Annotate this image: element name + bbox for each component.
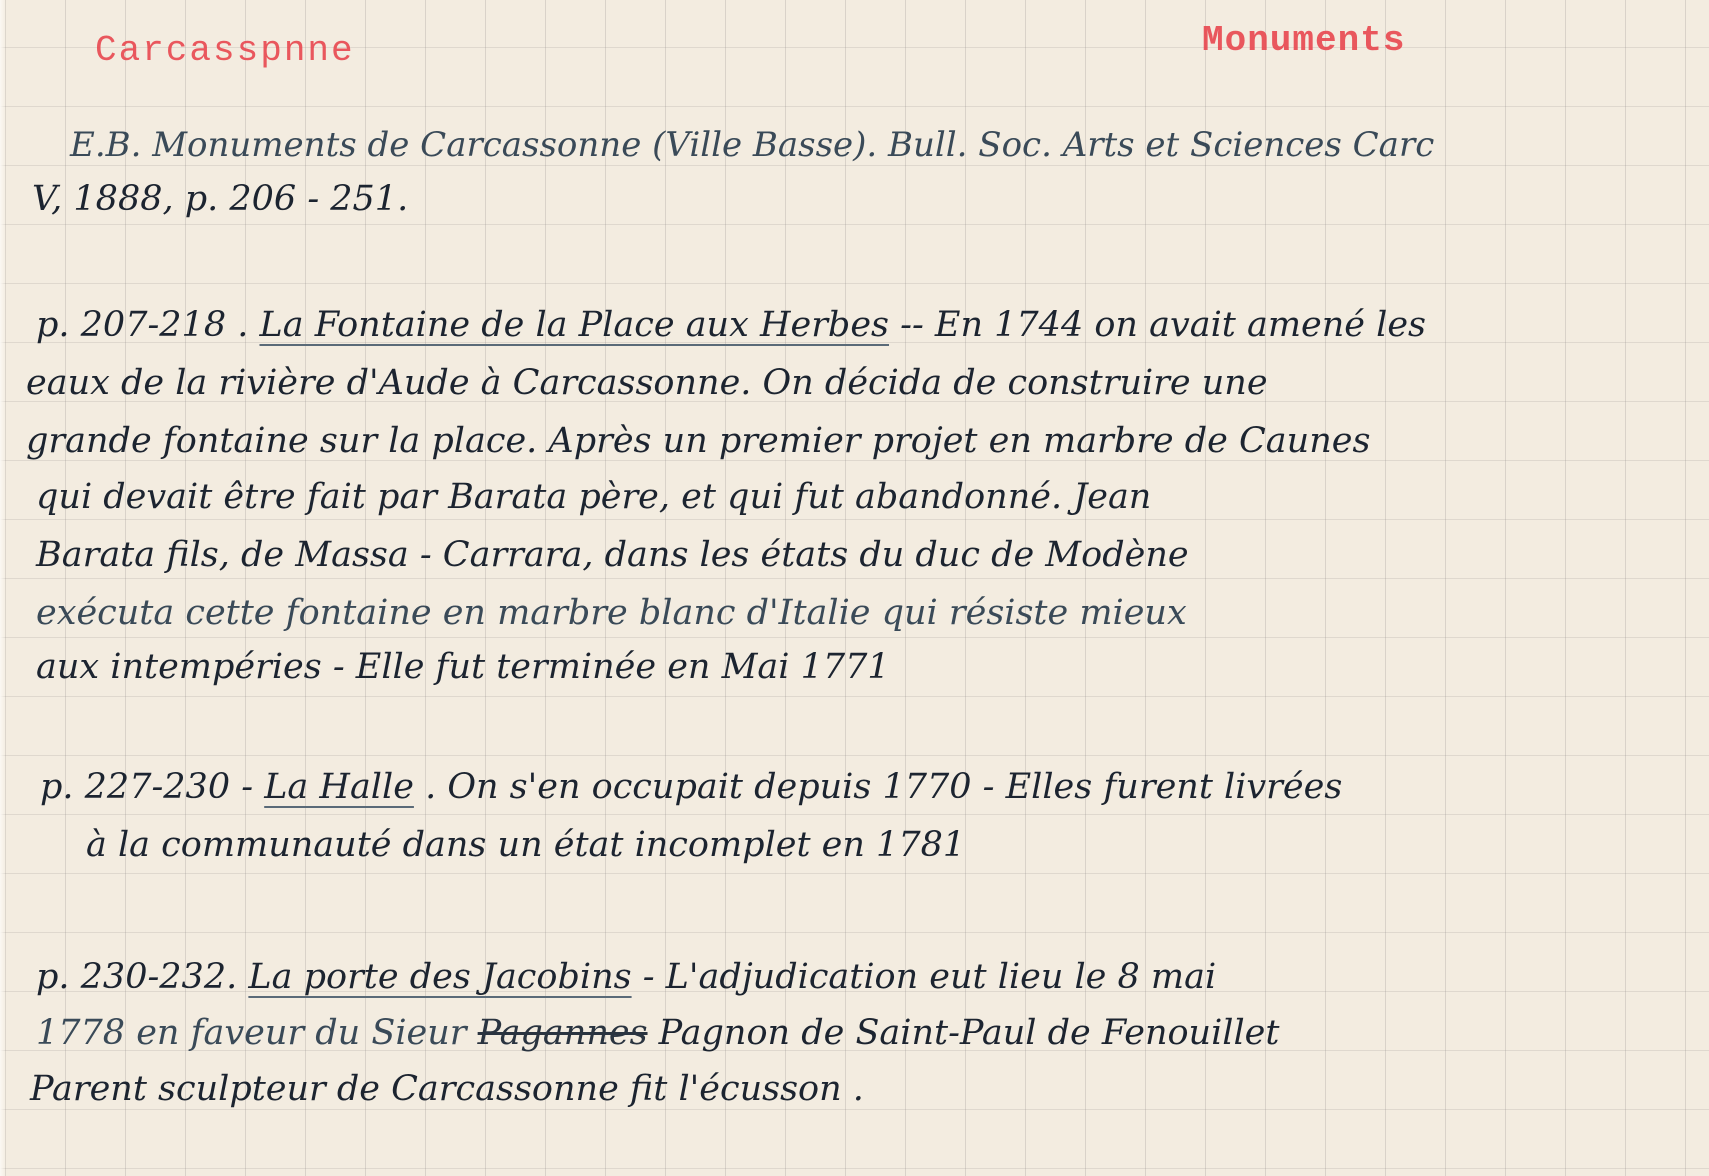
entry-title: La Fontaine de la Place aux Herbes [259, 305, 889, 345]
entry-text-line: exécuta cette fontaine en marbre blanc d… [36, 596, 1187, 631]
entry-text-line: qui devait être fait par Barata père, et… [36, 480, 1151, 515]
struck-out-word: Pagannes [478, 1013, 648, 1053]
entry-fontaine-heading: p. 207-218 . La Fontaine de la Place aux… [36, 308, 1426, 343]
entry-text-line: grande fontaine sur la place. Après un p… [26, 424, 1370, 459]
entry-text-line: aux intempéries - Elle fut terminée en M… [36, 650, 890, 685]
entry-text: -- En 1744 on avait amené les [900, 305, 1426, 345]
entry-text-line: Parent sculpteur de Carcassonne fit l'éc… [30, 1072, 864, 1107]
entry-text: Pagnon de Saint-Paul de Fenouillet [659, 1013, 1280, 1053]
entry-pages: p. 230-232. [36, 957, 237, 997]
entry-text-line: 1778 en faveur du Sieur Pagannes Pagnon … [36, 1016, 1279, 1051]
entry-text: - L'adjudication eut lieu le 8 mai [643, 957, 1216, 997]
entry-text: 1778 en faveur du Sieur [36, 1013, 467, 1053]
reference-line-2: V, 1888, p. 206 - 251. [32, 182, 408, 217]
entry-text: . On s'en occupait depuis 1770 - Elles f… [425, 767, 1342, 807]
entry-text-line: à la communauté dans un état incomplet e… [86, 828, 965, 863]
entry-title: La porte des Jacobins [248, 957, 631, 997]
index-card: Carcasspnne Monuments E.B. Monuments de … [0, 0, 1709, 1176]
entry-pages: p. 207-218 . [36, 305, 248, 345]
entry-text-line: Barata fils, de Massa - Carrara, dans le… [36, 538, 1189, 573]
place-stamp: Carcasspnne [95, 30, 355, 71]
entry-jacobins-heading: p. 230-232. La porte des Jacobins - L'ad… [36, 960, 1216, 995]
entry-title: La Halle [264, 767, 414, 807]
entry-pages: p. 227-230 - [40, 767, 253, 807]
entry-text-line: eaux de la rivière d'Aude à Carcassonne.… [26, 366, 1268, 401]
entry-halle-heading: p. 227-230 - La Halle . On s'en occupait… [40, 770, 1342, 805]
subject-stamp: Monuments [1202, 20, 1405, 61]
reference-line-1: E.B. Monuments de Carcassonne (Ville Bas… [70, 128, 1434, 162]
